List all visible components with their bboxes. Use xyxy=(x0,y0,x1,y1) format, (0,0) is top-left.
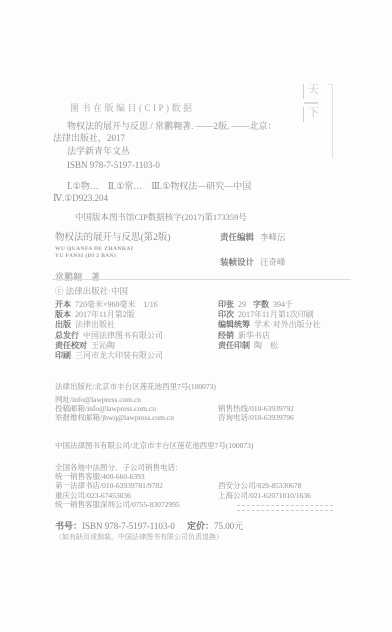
logo-small-text xyxy=(304,102,318,104)
press-contact-block: 法律出版社/北京市丰台区莲花池西里7号(100073) 网址/info@lawp… xyxy=(55,381,355,423)
consult-phone-line: 咨询电话/010-63939796 xyxy=(218,413,355,422)
cip-isbn-line: ISBN 978-7-5197-1103-0 xyxy=(53,160,353,172)
spec-row-format: 开本720毫米×960毫米 1/16 xyxy=(55,300,218,310)
copyright-line: ⓒ 法律出版社·中国 xyxy=(55,285,128,297)
publication-specs: 开本720毫米×960毫米 1/16 版本2017年11月第2版 出版法律出版社… xyxy=(55,300,355,361)
title-block: 物权法的展开与反思(第2版) WU QUANFA DE ZHANKAI YU F… xyxy=(55,229,355,283)
tianxia-series-logo: 天 下 xyxy=(303,84,327,122)
cip-registry-number: 中国版本图书馆CIP数据核字(2017)第173359号 xyxy=(75,211,247,223)
dashed-separator-line xyxy=(237,510,333,511)
dashed-separator-line xyxy=(237,505,333,506)
book-pinyin: WU QUANFA DE ZHANKAI YU FANSI (DI 2 BAN) xyxy=(55,246,220,260)
press-address: 法律出版社/北京市丰台区莲花池西里7号(100073) xyxy=(55,381,355,392)
book-number-price-line: 书号：ISBN 978-7-5197-1103-0定价：75.00元 xyxy=(55,519,243,532)
shanghai-line: 上海公司/021-62071010/1636 xyxy=(218,491,311,500)
spec-row-proofreader: 责任校对王沁陶 xyxy=(55,341,218,351)
colophon-page: 图书在版编目(CIP)数据 天 下 物权法的展开与反思 / 常鹏翱著. ——2版… xyxy=(0,0,392,632)
spec-row-publisher: 出版法律出版社 xyxy=(55,320,218,330)
report-email-line: 举报维权邮箱/jbwq@lawpress.com.cn xyxy=(55,413,218,422)
spec-row-seller: 经销新华书店 xyxy=(218,331,355,341)
designer-label: 装帧设计 xyxy=(220,257,254,267)
chongqing-line: 重庆公司/023-67453036 xyxy=(55,491,218,500)
sales-hotline-line: 销售热线/010-63939792 xyxy=(218,404,355,413)
logo-char-top: 天 xyxy=(303,84,327,99)
cip-classification-line: Ⅰ.①物… Ⅱ.①常… Ⅲ.①物权法—研究—中国 xyxy=(53,181,353,193)
cip-series-line: 法学新青年文丛 xyxy=(53,146,353,158)
spec-row-sheets: 印张29字数394千 xyxy=(218,300,355,310)
specs-left-column: 开本720毫米×960毫米 1/16 版本2017年11月第2版 出版法律出版社… xyxy=(55,300,218,361)
book-title: 物权法的展开与反思(第2版) xyxy=(55,229,220,243)
author-line: 常鹏翱 著 xyxy=(55,270,220,283)
divider-rule xyxy=(52,279,351,280)
first-store-line: 第一法律书店/010-63939781/9782 xyxy=(55,481,218,490)
editor-name: 李峰沄 xyxy=(260,232,286,242)
spec-row-editing-division: 编辑统筹学术·对外出版分社 xyxy=(218,320,355,330)
logo-char-bottom: 下 xyxy=(303,107,327,122)
cip-classification-line2: Ⅳ.①D923.204 xyxy=(53,193,353,205)
book-number: ISBN 978-7-5197-1103-0 xyxy=(82,521,175,531)
chongqing-shanghai-row: 重庆公司/023-67453036 上海公司/021-62071010/1636 xyxy=(55,491,355,500)
return-note: （如有缺页或倒装，中国法律图书有限公司负责退换） xyxy=(55,532,223,542)
editor-label: 责任编辑 xyxy=(220,232,254,242)
designer-line: 装帧设计汪奇峰 xyxy=(220,256,286,268)
sales-header-line: 全国各地中法图分、子公司销售电话： xyxy=(55,463,355,472)
logo-bracket-tick xyxy=(328,84,333,85)
xian-branch-line: 西安分公司/029-85330678 xyxy=(218,481,301,490)
spec-row-edition: 版本2017年11月第2版 xyxy=(55,310,218,320)
cip-title-line: 物权法的展开与反思 / 常鹏翱著. ——2版. ——北京： xyxy=(53,121,353,133)
spec-row-print-supervisor: 责任印制陶 松 xyxy=(218,341,355,351)
price-label: 定价： xyxy=(187,521,214,531)
cip-publisher-line: 法律出版社，2017 xyxy=(53,133,353,145)
designer-name: 汪奇峰 xyxy=(260,257,286,267)
spec-row-impression: 印次2017年11月第1次印刷 xyxy=(218,310,355,320)
website-line: 网址/info@lawpress.com.cn xyxy=(55,395,218,404)
store-xian-row: 第一法律书店/010-63939781/9782 西安分公司/029-85330… xyxy=(55,481,355,490)
distribution-block: 中国法律图书有限公司/北京市丰台区莲花池西里7号(100073) 全国各地中法图… xyxy=(55,440,355,509)
spec-row-printer: 印刷三河市龙大印装有限公司 xyxy=(55,351,218,361)
company-address: 中国法律图书有限公司/北京市丰台区莲花池西里7号(100073) xyxy=(55,440,355,451)
price-value: 75.00元 xyxy=(214,521,243,531)
spec-row-distributor: 总发行中国法律图书有限公司 xyxy=(55,331,218,341)
specs-right-column: 印张29字数394千 印次2017年11月第1次印刷 编辑统筹学术·对外出版分社… xyxy=(218,300,355,361)
cip-header: 图书在版编目(CIP)数据 xyxy=(70,101,195,114)
book-number-label: 书号： xyxy=(55,521,82,531)
cip-data-block: 物权法的展开与反思 / 常鹏翱著. ——2版. ——北京： 法律出版社，2017… xyxy=(53,121,353,204)
editor-line: 责任编辑李峰沄 xyxy=(220,231,286,243)
